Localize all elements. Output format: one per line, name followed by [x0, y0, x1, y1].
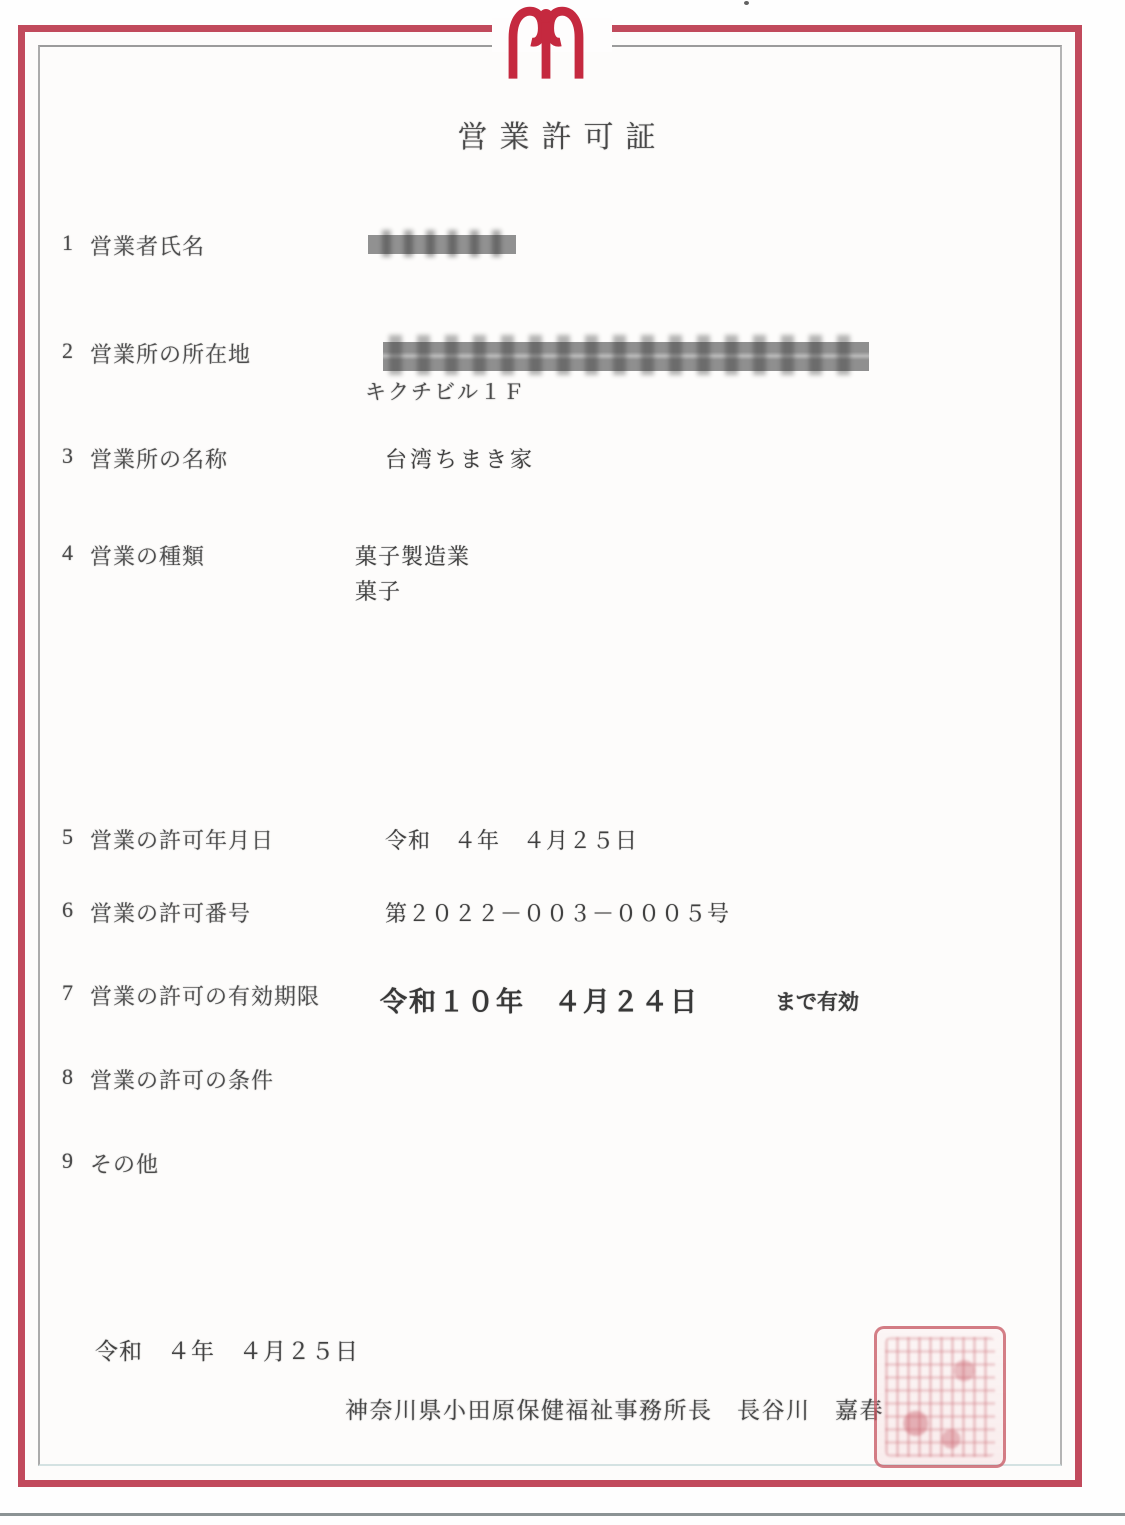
field-number: 8: [62, 1064, 73, 1090]
seal-texture: [885, 1337, 995, 1457]
field-number: 6: [62, 897, 73, 923]
redacted-text-smudge: [382, 230, 506, 257]
official-red-seal-icon: [874, 1326, 1006, 1468]
field-value-line1: 菓子製造業: [355, 540, 470, 571]
field-label: 営業の種類: [90, 540, 205, 571]
field-value-line2: キクチビル１Ｆ: [365, 376, 526, 406]
field-value: 令和１０年 ４月２４日: [380, 980, 699, 1019]
field-label: 営業所の名称: [90, 443, 228, 474]
field-number: 4: [62, 540, 73, 566]
field-value-line2: 菓子: [355, 575, 470, 606]
field-label: 営業の許可の条件: [90, 1064, 274, 1095]
field-number: 1: [62, 230, 73, 256]
redaction-bar: [383, 342, 869, 371]
field-label: 営業者氏名: [90, 230, 205, 261]
field-label: その他: [90, 1148, 159, 1179]
redaction-bar: [368, 235, 516, 254]
field-number: 5: [62, 824, 73, 850]
field-number: 7: [62, 980, 73, 1006]
scan-artifact-dot: [744, 1, 749, 5]
field-value: 第２０２２－００３－０００５号: [385, 897, 730, 928]
redacted-text-smudge: [389, 335, 863, 375]
kanagawa-prefecture-emblem-icon: [502, 3, 590, 81]
page-title: 営業許可証: [0, 112, 1125, 156]
field-value-suffix: まで有効: [775, 986, 859, 1016]
field-value: 台湾ちまき家: [385, 443, 535, 474]
field-label: 営業の許可年月日: [90, 824, 274, 855]
issuer-signature-line: 神奈川県小田原保健福祉事務所長 長谷川 嘉春: [345, 1392, 884, 1425]
field-number: 2: [62, 338, 73, 364]
field-label: 営業の許可番号: [90, 897, 251, 928]
field-label: 営業の許可の有効期限: [90, 980, 320, 1011]
scanned-certificate-page: 営業許可証 1 営業者氏名 2 営業所の所在地 キクチビル１Ｆ 3 営業所の名称…: [0, 0, 1125, 1525]
field-label: 営業所の所在地: [90, 338, 251, 369]
issue-date: 令和 ４年 ４月２５日: [95, 1333, 359, 1366]
field-number: 9: [62, 1148, 73, 1174]
field-value: 菓子製造業 菓子: [355, 540, 470, 606]
field-number: 3: [62, 443, 73, 469]
scan-edge-line: [0, 1513, 1125, 1516]
field-value: 令和 ４年 ４月２５日: [385, 824, 638, 855]
